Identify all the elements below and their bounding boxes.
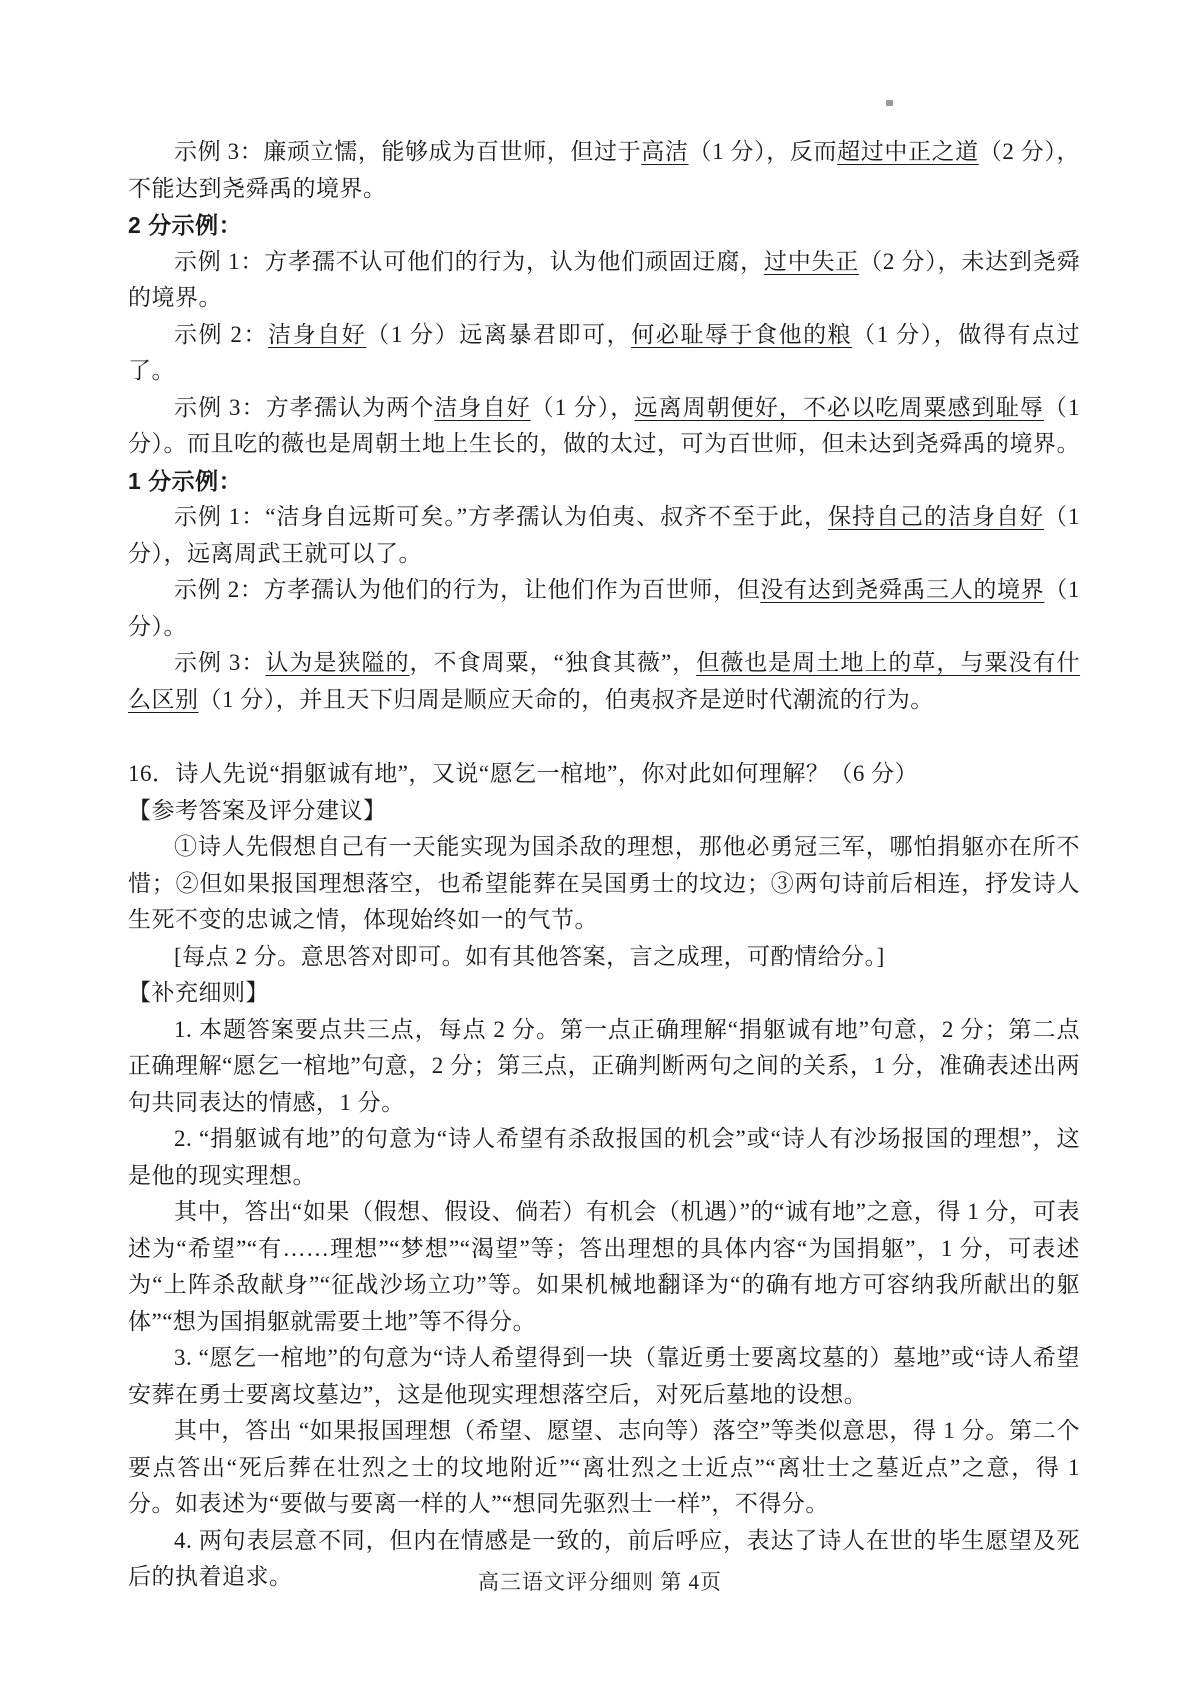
rule-2-detail: 其中，答出“如果（假想、假设、倘若）有机会（机遇）”的“诚有地”之意，得 1 分… <box>128 1194 1080 1340</box>
heading-reference-answer: 【参考答案及评分建议】 <box>128 793 1080 830</box>
text-run: ①诗人先假想自己有一天能实现为国杀敌的理想，那他必勇冠三军，哪怕捐躯亦在所不惜；… <box>128 834 1080 932</box>
underlined-text: 高洁 <box>641 139 688 164</box>
1point-example1: 示例 1：“洁身自远斯可矣。”方孝孺认为伯夷、叔齐不至于此，保持自己的洁身自好（… <box>128 499 1080 572</box>
text-run: [每点 2 分。意思答对即可。如有其他答案，言之成理，可酌情给分。] <box>174 944 885 969</box>
text-run: 示例 3： <box>174 650 265 675</box>
text-run: 【补充细则】 <box>128 980 269 1005</box>
underlined-text: 过中失正 <box>764 249 859 274</box>
text-run: 其中，答出 “如果报国理想（希望、愿望、志向等）落空”等类似意思，得 1 分。第… <box>128 1418 1080 1516</box>
underlined-text: 洁身自好 <box>268 322 366 347</box>
text-run: （1 分）， <box>531 395 635 420</box>
text-run: （1 分），并且天下归周是顺应天命的，伯夷叔齐是逆时代潮流的行为。 <box>199 687 934 712</box>
text-run: 示例 1：“洁身自远斯可矣。”方孝孺认为伯夷、叔齐不至于此， <box>174 504 828 529</box>
heading-1point-examples: 1 分示例： <box>128 463 1080 500</box>
text-run: 示例 1：方孝孺不认可他们的行为，认为他们顽固迂腐， <box>174 249 764 274</box>
scoring-note: [每点 2 分。意思答对即可。如有其他答案，言之成理，可酌情给分。] <box>128 939 1080 976</box>
underlined-text: 远离周朝便好，不必以吃周粟感到耻辱 <box>634 395 1044 420</box>
text-run: 3. “愿乞一棺地”的句意为“诗人希望得到一块（靠近勇士要离坟墓的）墓地”或“诗… <box>128 1345 1080 1407</box>
text-run: 其中，答出“如果（假想、假设、倘若）有机会（机遇）”的“诚有地”之意，得 1 分… <box>128 1199 1080 1334</box>
underlined-text: 何必耻辱于食他的粮 <box>631 322 852 347</box>
text-run: （1 分）远离暴君即可， <box>366 322 631 347</box>
reference-answer: ①诗人先假想自己有一天能实现为国杀敌的理想，那他必勇冠三军，哪怕捐躯亦在所不惜；… <box>128 829 1080 939</box>
underlined-text: 保持自己的洁身自好 <box>828 504 1044 529</box>
2point-example2: 示例 2：洁身自好（1 分）远离暴君即可，何必耻辱于食他的粮（1 分），做得有点… <box>128 317 1080 390</box>
rule-1: 1. 本题答案要点共三点，每点 2 分。第一点正确理解“捐躯诚有地”句意，2 分… <box>128 1012 1080 1122</box>
text-run: 16．诗人先说“捐躯诚有地”，又说“愿乞一棺地”，你对此如何理解？（6 分） <box>128 761 918 786</box>
rule-3-detail: 其中，答出 “如果报国理想（希望、愿望、志向等）落空”等类似意思，得 1 分。第… <box>128 1413 1080 1523</box>
heading-2point-examples: 2 分示例： <box>128 207 1080 244</box>
1point-example2: 示例 2：方孝孺认为他们的行为，让他们作为百世师，但没有达到尧舜禹三人的境界（1… <box>128 572 1080 645</box>
scan-artifact-dot <box>886 100 893 106</box>
footer-page-label: 高三语文评分细则 第 4页 <box>0 1566 1200 1596</box>
section-gap <box>128 718 1080 756</box>
underlined-text: 没有达到尧舜禹三人的境界 <box>760 577 1044 602</box>
document-body: 示例 3：廉顽立懦，能够成为百世师，但过于高洁（1 分），反而超过中正之道（2 … <box>128 134 1080 1596</box>
text-run: 1. 本题答案要点共三点，每点 2 分。第一点正确理解“捐躯诚有地”句意，2 分… <box>128 1017 1080 1115</box>
text-run: 示例 2： <box>174 322 268 347</box>
example3-previous-question: 示例 3：廉顽立懦，能够成为百世师，但过于高洁（1 分），反而超过中正之道（2 … <box>128 134 1080 207</box>
underlined-text: 超过中正之道 <box>837 139 979 164</box>
rule-2: 2. “捐躯诚有地”的句意为“诗人希望有杀敌报国的机会”或“诗人有沙场报国的理想… <box>128 1121 1080 1194</box>
text-run: 示例 3：廉顽立懦，能够成为百世师，但过于 <box>174 139 641 164</box>
2point-example3: 示例 3：方孝孺认为两个洁身自好（1 分），远离周朝便好，不必以吃周粟感到耻辱（… <box>128 390 1080 463</box>
text-run: 【参考答案及评分建议】 <box>128 798 387 823</box>
underlined-text: 洁身自好 <box>434 395 530 420</box>
underlined-text: 认为是狭隘的 <box>265 650 409 675</box>
1point-example3: 示例 3：认为是狭隘的，不食周粟，“独食其薇”，但薇也是周土地上的草，与粟没有什… <box>128 645 1080 718</box>
rule-3: 3. “愿乞一棺地”的句意为“诗人希望得到一块（靠近勇士要离坟墓的）墓地”或“诗… <box>128 1340 1080 1413</box>
text-run: 示例 3：方孝孺认为两个 <box>174 395 434 420</box>
text-run: （1 分），反而 <box>689 139 838 164</box>
document-page: 示例 3：廉顽立懦，能够成为百世师，但过于高洁（1 分），反而超过中正之道（2 … <box>0 0 1200 1698</box>
text-run: 示例 2：方孝孺认为他们的行为，让他们作为百世师，但 <box>174 577 760 602</box>
heading-supplementary-rules: 【补充细则】 <box>128 975 1080 1012</box>
question-16: 16．诗人先说“捐躯诚有地”，又说“愿乞一棺地”，你对此如何理解？（6 分） <box>128 756 1080 793</box>
2point-example1: 示例 1：方孝孺不认可他们的行为，认为他们顽固迂腐，过中失正（2 分），未达到尧… <box>128 244 1080 317</box>
text-run: ，不食周粟，“独食其薇”， <box>410 650 697 675</box>
text-run: 2. “捐躯诚有地”的句意为“诗人希望有杀敌报国的机会”或“诗人有沙场报国的理想… <box>128 1126 1080 1188</box>
text-run: 1 分示例： <box>128 468 242 494</box>
text-run: 2 分示例： <box>128 212 242 238</box>
